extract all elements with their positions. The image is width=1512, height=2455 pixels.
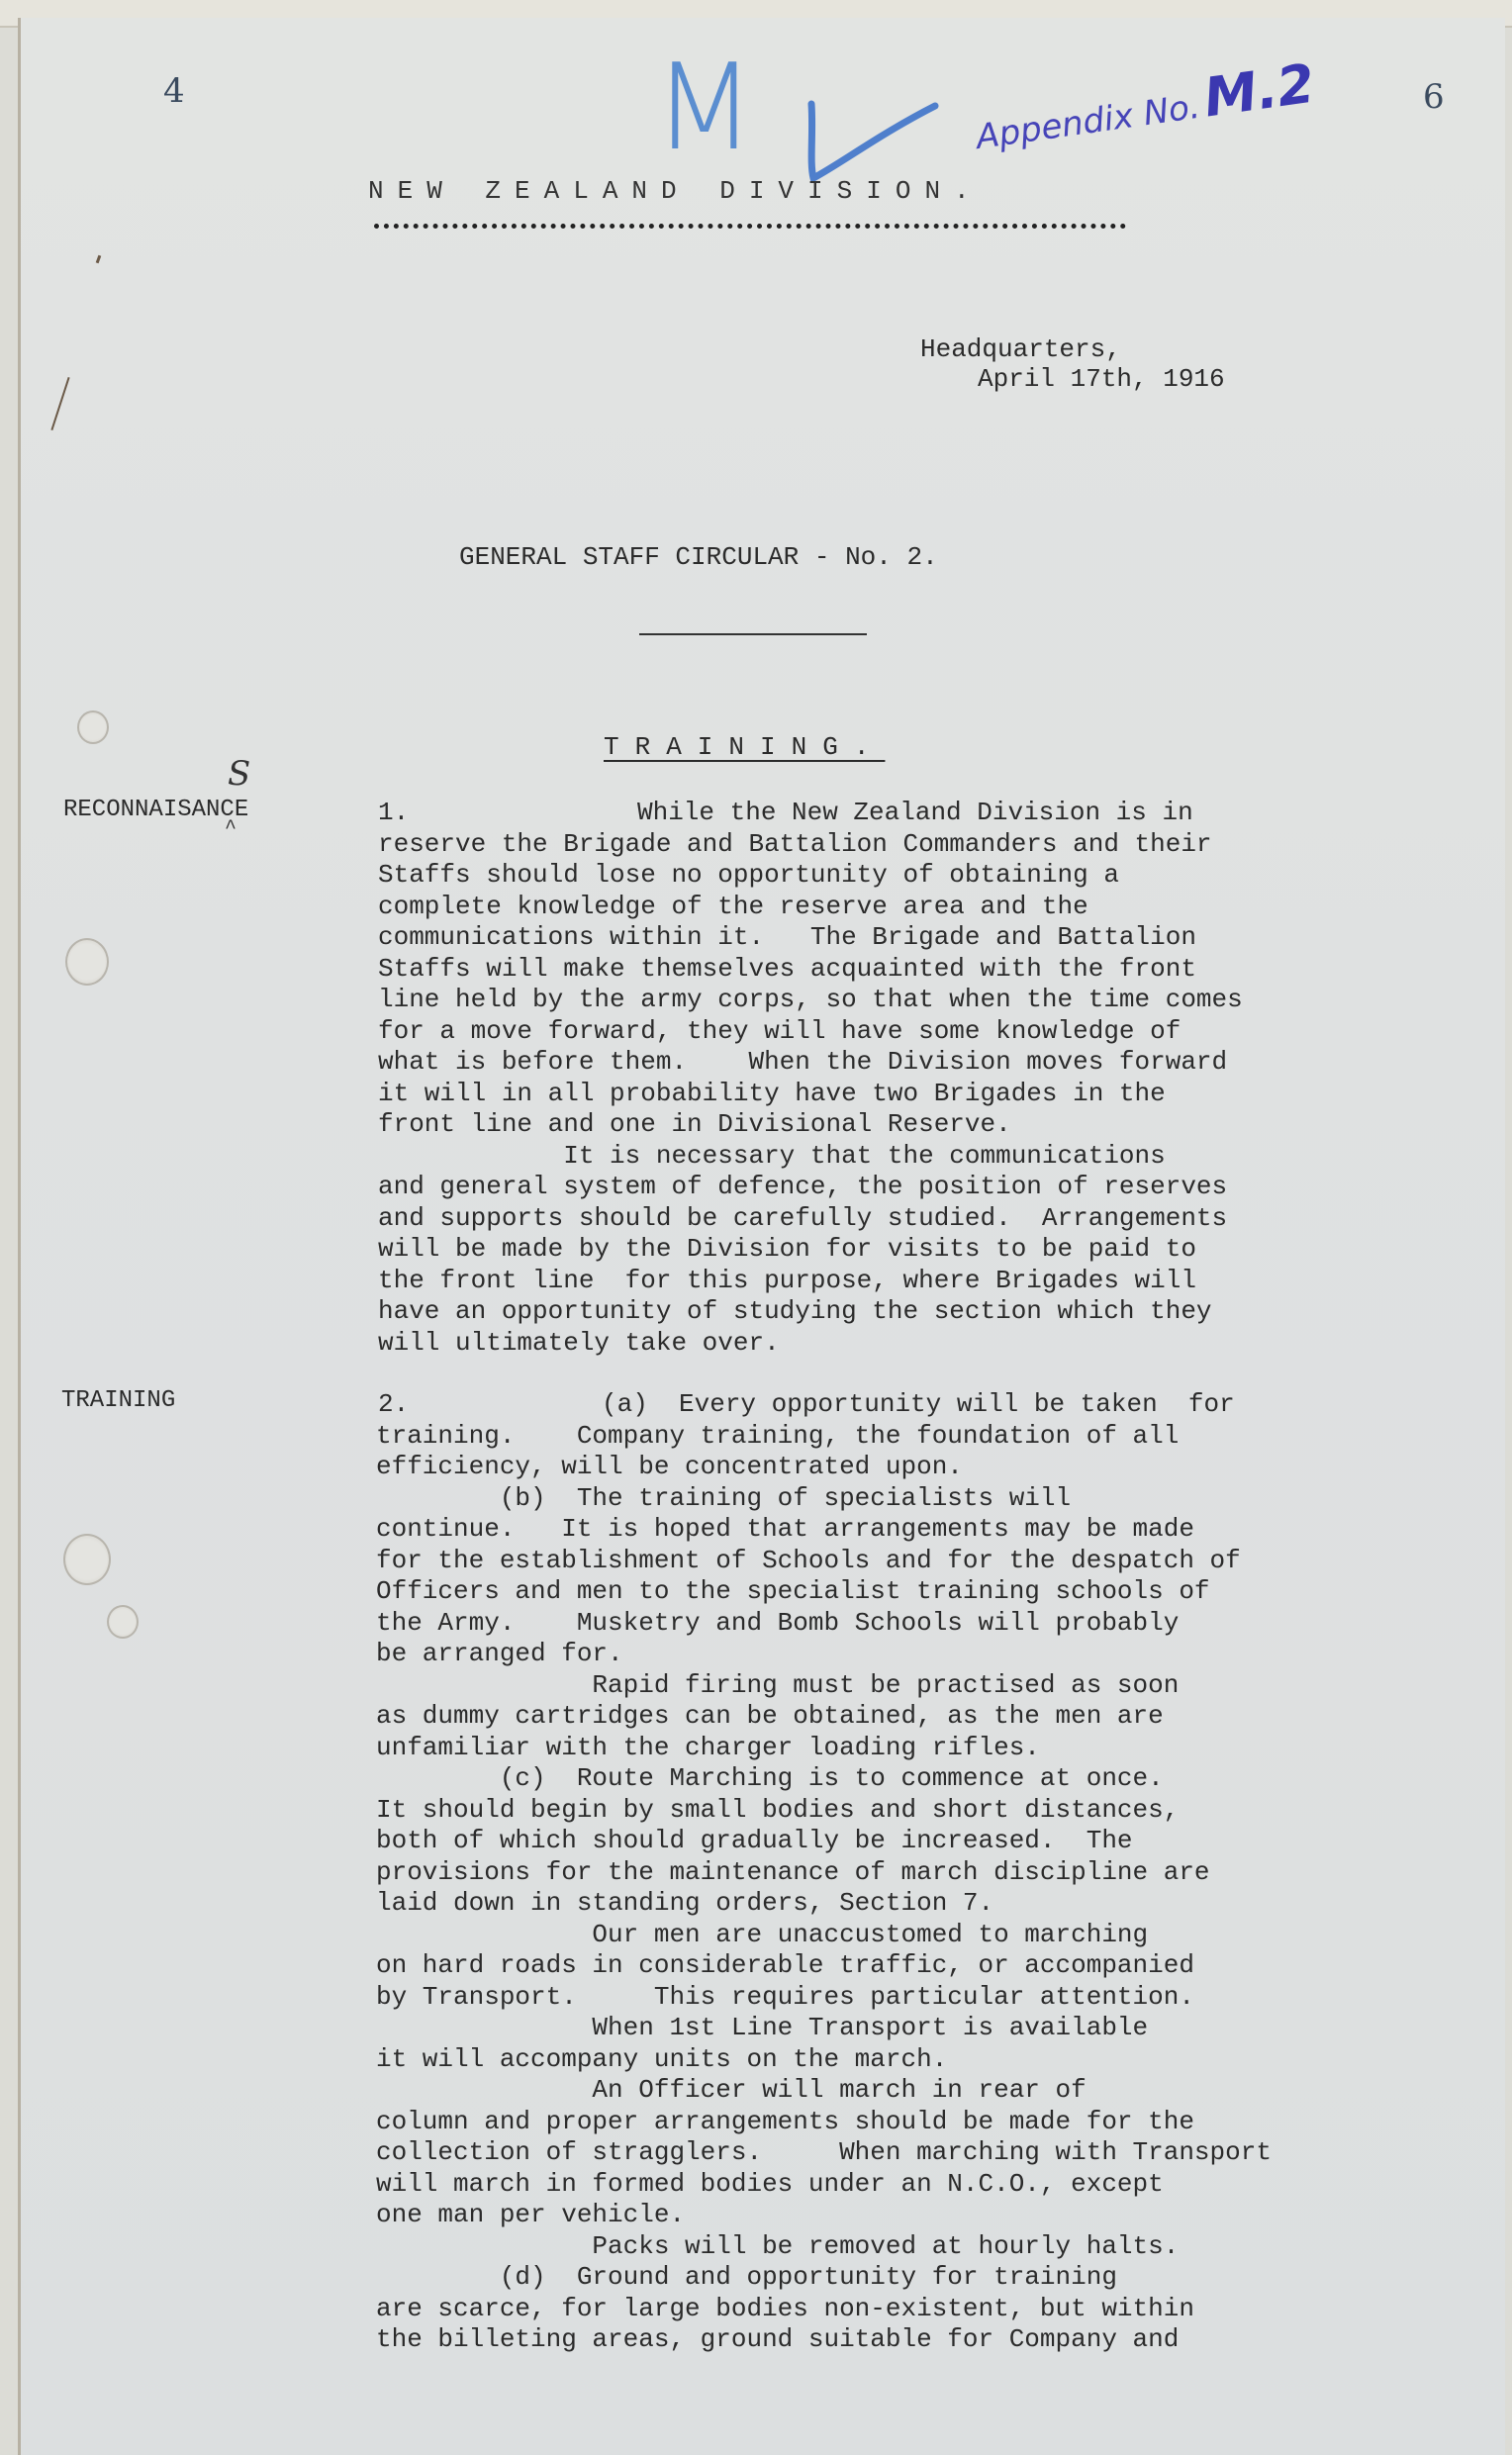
margin-label-training: TRAINING: [61, 1387, 175, 1414]
body-line: the Army. Musketry and Bomb Schools will…: [376, 1608, 1272, 1640]
body-line: the front line for this purpose, where B…: [378, 1266, 1243, 1297]
body-line: training. Company training, the foundati…: [376, 1421, 1272, 1453]
body-line: communications within it. The Brigade an…: [378, 922, 1243, 954]
body-line: for the establishment of Schools and for…: [376, 1546, 1272, 1577]
body-line: Rapid firing must be practised as soon: [376, 1670, 1272, 1702]
circular-title: GENERAL STAFF CIRCULAR - No. 2.: [459, 542, 938, 574]
body-line: Staffs should lose no opportunity of obt…: [378, 860, 1243, 892]
body-line: An Officer will march in rear of: [376, 2075, 1272, 2107]
punch-hole: [77, 710, 109, 744]
body-line: for a move forward, they will have some …: [378, 1016, 1243, 1048]
body-line: Packs will be removed at hourly halts.: [376, 2231, 1272, 2263]
punch-hole: [63, 1534, 111, 1585]
page-number-right: 6: [1423, 77, 1445, 117]
body-line: column and proper arrangements should be…: [376, 2107, 1272, 2138]
heading-dotted-rule: [374, 224, 1126, 229]
section-title: TRAINING.: [604, 732, 885, 762]
date-line: April 17th, 1916: [978, 364, 1225, 396]
body-line: When 1st Line Transport is available: [376, 2013, 1272, 2044]
insertion-caret: ^: [225, 817, 236, 840]
body-line: what is before them. When the Division m…: [378, 1047, 1243, 1079]
body-line: efficiency, will be concentrated upon.: [376, 1452, 1272, 1483]
body-line: Officers and men to the specialist train…: [376, 1576, 1272, 1608]
body-line: It should begin by small bodies and shor…: [376, 1795, 1272, 1827]
punch-hole: [65, 938, 109, 986]
organization-heading: NEW ZEALAND DIVISION.: [368, 176, 984, 206]
body-line: (d) Ground and opportunity for training: [376, 2262, 1272, 2294]
body-line: and supports should be carefully studied…: [378, 1203, 1243, 1235]
body-line: the billeting areas, ground suitable for…: [376, 2324, 1272, 2356]
body-line: one man per vehicle.: [376, 2200, 1272, 2231]
body-line: both of which should gradually be increa…: [376, 1826, 1272, 1857]
page-number-left: 4: [163, 71, 185, 111]
body-line: front line and one in Divisional Reserve…: [378, 1109, 1243, 1141]
body-line: Our men are unaccustomed to marching: [376, 1920, 1272, 1951]
handwritten-correction-s: S: [228, 754, 250, 794]
body-line: will be made by the Division for visits …: [378, 1234, 1243, 1266]
body-line: Staffs will make themselves acquainted w…: [378, 954, 1243, 986]
section-1-body: While the New Zealand Division is in res…: [378, 798, 1243, 1359]
body-line: will ultimately take over.: [378, 1328, 1243, 1360]
location-line: Headquarters,: [920, 334, 1121, 366]
margin-label-reconnaissance: RECONNAISANCE: [63, 797, 248, 823]
body-line: provisions for the maintenance of march …: [376, 1857, 1272, 1889]
section-2-body: (a) Every opportunity will be taken for …: [376, 1389, 1272, 2356]
body-line: It is necessary that the communications: [378, 1141, 1243, 1173]
body-line: (b) The training of specialists will: [376, 1483, 1272, 1515]
body-line: line held by the army corps, so that whe…: [378, 985, 1243, 1016]
body-line: be arranged for.: [376, 1639, 1272, 1670]
body-line: have an opportunity of studying the sect…: [378, 1296, 1243, 1328]
body-line: on hard roads in considerable traffic, o…: [376, 1950, 1272, 1982]
body-line: it will in all probability have two Brig…: [378, 1079, 1243, 1110]
title-divider: [639, 633, 867, 635]
body-line: are scarce, for large bodies non-existen…: [376, 2294, 1272, 2325]
body-line: laid down in standing orders, Section 7.: [376, 1888, 1272, 1920]
body-line: unfamiliar with the charger loading rifl…: [376, 1733, 1272, 1764]
body-line: as dummy cartridges can be obtained, as …: [376, 1701, 1272, 1733]
body-line: and general system of defence, the posit…: [378, 1172, 1243, 1203]
body-line: (a) Every opportunity will be taken for: [376, 1389, 1272, 1421]
body-line: reserve the Brigade and Battalion Comman…: [378, 829, 1243, 861]
body-line: by Transport. This requires particular a…: [376, 1982, 1272, 2014]
body-line: (c) Route Marching is to commence at onc…: [376, 1763, 1272, 1795]
body-line: continue. It is hoped that arrangements …: [376, 1514, 1272, 1546]
body-line: While the New Zealand Division is in: [378, 798, 1243, 829]
handwritten-m-mark: M: [653, 40, 760, 177]
body-line: complete knowledge of the reserve area a…: [378, 892, 1243, 923]
punch-hole: [107, 1605, 139, 1639]
body-line: it will accompany units on the march.: [376, 2044, 1272, 2076]
body-line: will march in formed bodies under an N.C…: [376, 2169, 1272, 2201]
body-line: collection of stragglers. When marching …: [376, 2137, 1272, 2169]
